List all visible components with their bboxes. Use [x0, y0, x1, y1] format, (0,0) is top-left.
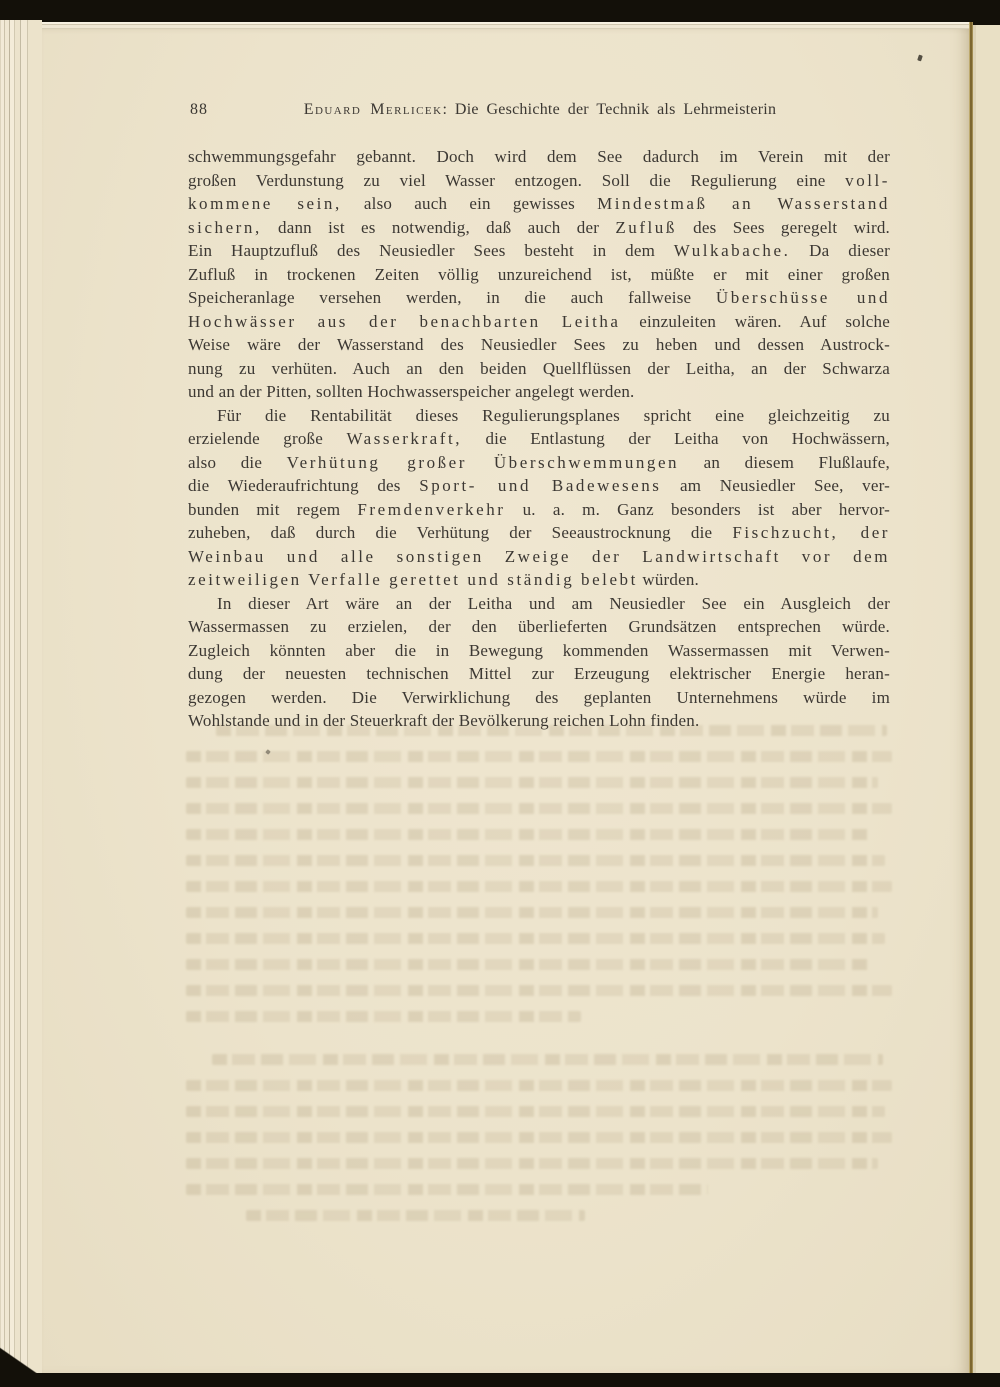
- page-edges-left: [0, 20, 42, 1373]
- text-line: Weise wäre der Wasserstand des Neusiedle…: [188, 333, 890, 357]
- body-text: schwemmungsgefahr gebannt. Doch wird dem…: [188, 145, 890, 733]
- running-header-title: Eduard Merlicek: Die Geschichte der Tech…: [188, 98, 892, 122]
- bleedthrough-line: [186, 1080, 892, 1091]
- page-edges-top: [42, 22, 971, 31]
- running-header-rest: : Die Geschichte der Technik als Lehrmei…: [442, 101, 776, 118]
- text-line: Zugleich könnten aber die in Bewegung ko…: [188, 639, 890, 663]
- text-line: und an der Pitten, sollten Hochwasserspe…: [188, 380, 890, 404]
- bleedthrough-line: [186, 777, 878, 788]
- bleedthrough-line: [186, 881, 892, 892]
- text-line: erzielende große Wasserkraft, die Entlas…: [188, 427, 890, 451]
- paragraph: Für die Rentabilität dieses Regulierungs…: [188, 404, 890, 592]
- bleedthrough-line: [186, 985, 892, 996]
- text-line: In dieser Art wäre an der Leitha und am …: [188, 592, 890, 616]
- text-line: Speicheranlage versehen werden, in die a…: [188, 286, 890, 310]
- bleedthrough-line: [186, 907, 878, 918]
- text-line: Weinbau und alle sonstigen Zweige der La…: [188, 545, 890, 569]
- bleedthrough-line: [212, 1054, 883, 1065]
- text-line: die Wiederaufrichtung des Sport- und Bad…: [188, 474, 890, 498]
- text-line: dung der neuesten technischen Mittel zur…: [188, 662, 890, 686]
- text-line: also die Verhütung großer Überschwemmung…: [188, 451, 890, 475]
- bleedthrough-line: [186, 829, 871, 840]
- text-line: großen Verdunstung zu viel Wasser entzog…: [188, 169, 890, 193]
- bleedthrough-line: [186, 1011, 581, 1022]
- text-line: schwemmungsgefahr gebannt. Doch wird dem…: [188, 145, 890, 169]
- bleedthrough-text-lower: [186, 1054, 892, 1236]
- bleedthrough-line: [186, 1106, 885, 1117]
- page-number: 88: [190, 98, 208, 122]
- text-line: sichern, dann ist es notwendig, daß auch…: [188, 216, 890, 240]
- bleedthrough-line: [186, 1158, 878, 1169]
- text-line: Ein Hauptzufluß des Neusiedler Sees best…: [188, 239, 890, 263]
- text-line: bunden mit regem Fremdenverkehr u. a. m.…: [188, 498, 890, 522]
- book-page: 88 Eduard Merlicek: Die Geschichte der T…: [42, 22, 971, 1373]
- bleedthrough-line: [186, 959, 871, 970]
- text-line: Für die Rentabilität dieses Regulierungs…: [188, 404, 890, 428]
- bleedthrough-line: [216, 725, 887, 736]
- text-line: gezogen werden. Die Verwirklichung des g…: [188, 686, 890, 710]
- text-line: zuheben, daß durch die Verhütung der See…: [188, 521, 890, 545]
- bleedthrough-line: [186, 1132, 892, 1143]
- text-line: Wassermassen zu erzielen, der den überli…: [188, 615, 890, 639]
- text-line: Hochwässer aus der benachbarten Leitha e…: [188, 310, 890, 334]
- text-line: zeitweiligen Verfalle gerettet und ständ…: [188, 568, 890, 592]
- text-line: nung zu verhüten. Auch an den beiden Que…: [188, 357, 890, 381]
- text-line: Zufluß in trockenen Zeiten völlig unzure…: [188, 263, 890, 287]
- text-line: kommene sein, also auch ein gewisses Min…: [188, 192, 890, 216]
- bleedthrough-line: [186, 855, 885, 866]
- running-head: 88 Eduard Merlicek: Die Geschichte der T…: [188, 98, 892, 122]
- bleedthrough-line: [186, 751, 892, 762]
- bleedthrough-line: [186, 1184, 708, 1195]
- paragraph: In dieser Art wäre an der Leitha und am …: [188, 592, 890, 733]
- next-page-edge: [973, 25, 1000, 1373]
- bleedthrough-line: [186, 933, 885, 944]
- page-corner-fan: [0, 1337, 52, 1373]
- book-scan: 88 Eduard Merlicek: Die Geschichte der T…: [0, 0, 1000, 1387]
- bleedthrough-text-upper: [186, 725, 892, 1037]
- bleedthrough-line: [186, 803, 892, 814]
- running-header-author: Eduard Merlicek: [304, 101, 443, 118]
- bleedthrough-line: [246, 1210, 585, 1221]
- paragraph: schwemmungsgefahr gebannt. Doch wird dem…: [188, 145, 890, 404]
